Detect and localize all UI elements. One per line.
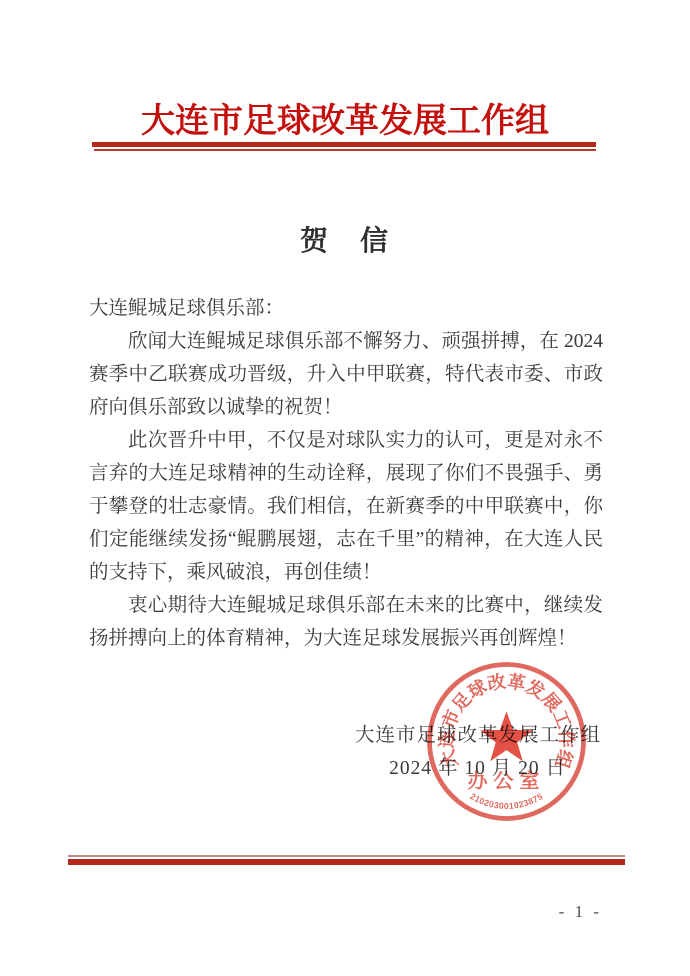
- seal-office-text: 办公室: [468, 769, 546, 792]
- red-star-icon: [480, 711, 533, 761]
- salutation-line: 大连鲲城足球俱乐部：: [89, 292, 603, 325]
- header-rule-thick: [92, 142, 596, 147]
- footer-rule-thick: [68, 859, 625, 865]
- letterhead-org-title: 大连市足球改革发展工作组: [0, 93, 690, 142]
- header-rule-thin: [94, 149, 596, 151]
- page-number: - 1 -: [559, 902, 602, 922]
- official-seal-stamp: 大连市足球改革发展工作组 办公室 210203001023875: [420, 655, 593, 828]
- body-paragraph: 欣闻大连鲲城足球俱乐部不懈努力、顽强拼搏，在 2024 赛季中乙联赛成功晋级，升…: [89, 325, 603, 424]
- document-title: 贺 信: [0, 219, 690, 259]
- letter-body: 大连鲲城足球俱乐部： 欣闻大连鲲城足球俱乐部不懈努力、顽强拼搏，在 2024 赛…: [89, 292, 603, 655]
- letter-page: 大连市足球改革发展工作组 贺 信 大连鲲城足球俱乐部： 欣闻大连鲲城足球俱乐部不…: [0, 0, 690, 976]
- body-paragraph: 衷心期待大连鲲城足球俱乐部在未来的比赛中，继续发扬拼搏向上的体育精神，为大连足球…: [89, 589, 603, 655]
- footer-rule-thin: [68, 855, 625, 857]
- body-paragraph: 此次晋升中甲，不仅是对球队实力的认可，更是对永不言弃的大连足球精神的生动诠释，展…: [89, 424, 603, 589]
- seal-serial-number: 210203001023875: [468, 791, 544, 811]
